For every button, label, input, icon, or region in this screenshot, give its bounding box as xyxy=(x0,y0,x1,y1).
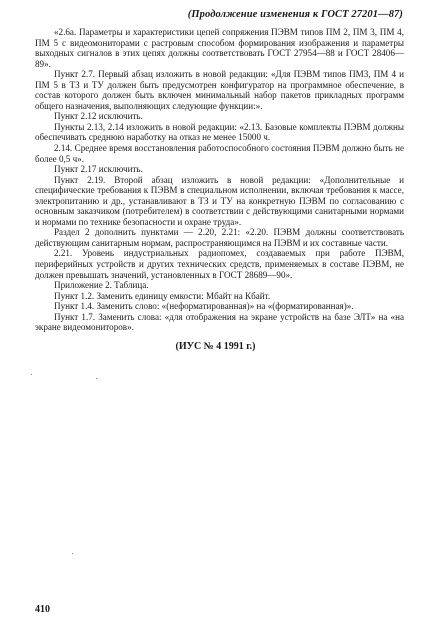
scan-speck xyxy=(31,374,32,375)
paragraph-2-7: Пункт 2.7. Первый абзац изложить в новой… xyxy=(35,69,404,111)
paragraph-2-12: Пункт 2.12 исключить. xyxy=(35,111,404,122)
paragraph-1-7: Пункт 1.7. Заменить слова: «для отображе… xyxy=(35,312,404,333)
paragraph-2-14: 2.14. Среднее время восстановления работ… xyxy=(35,143,404,164)
paragraph-appendix-2: Приложение 2. Таблица. xyxy=(35,280,404,291)
source-note: (ИУС № 4 1991 г.) xyxy=(0,341,431,352)
scan-speck xyxy=(72,553,73,554)
page-number: 410 xyxy=(35,604,50,615)
paragraph-1-2: Пункт 1.2. Заменить единицу емкости: Мба… xyxy=(35,291,404,302)
paragraph-2-13: Пункты 2.13, 2.14 изложить в новой редак… xyxy=(35,122,404,143)
paragraph-2-19: Пункт 2.19. Второй абзац изложить в ново… xyxy=(35,175,404,228)
scan-speck xyxy=(96,378,97,379)
continuation-header: (Продолжение изменения к ГОСТ 27201—87) xyxy=(188,9,403,20)
paragraph-2-21: 2.21. Уровень индустриальных радиопомех,… xyxy=(35,248,404,280)
paragraph-2-20: Раздел 2 дополнить пунктами — 2.20, 2.21… xyxy=(35,227,404,248)
paragraph-1-4: Пункт 1.4. Заменить слово: «(неформатиро… xyxy=(35,301,404,312)
document-body: «2.6а. Параметры и характеристики цепей … xyxy=(35,27,404,333)
paragraph-2-17: Пункт 2.17 исключить. xyxy=(35,164,404,175)
paragraph-2-6a: «2.6а. Параметры и характеристики цепей … xyxy=(35,27,404,69)
